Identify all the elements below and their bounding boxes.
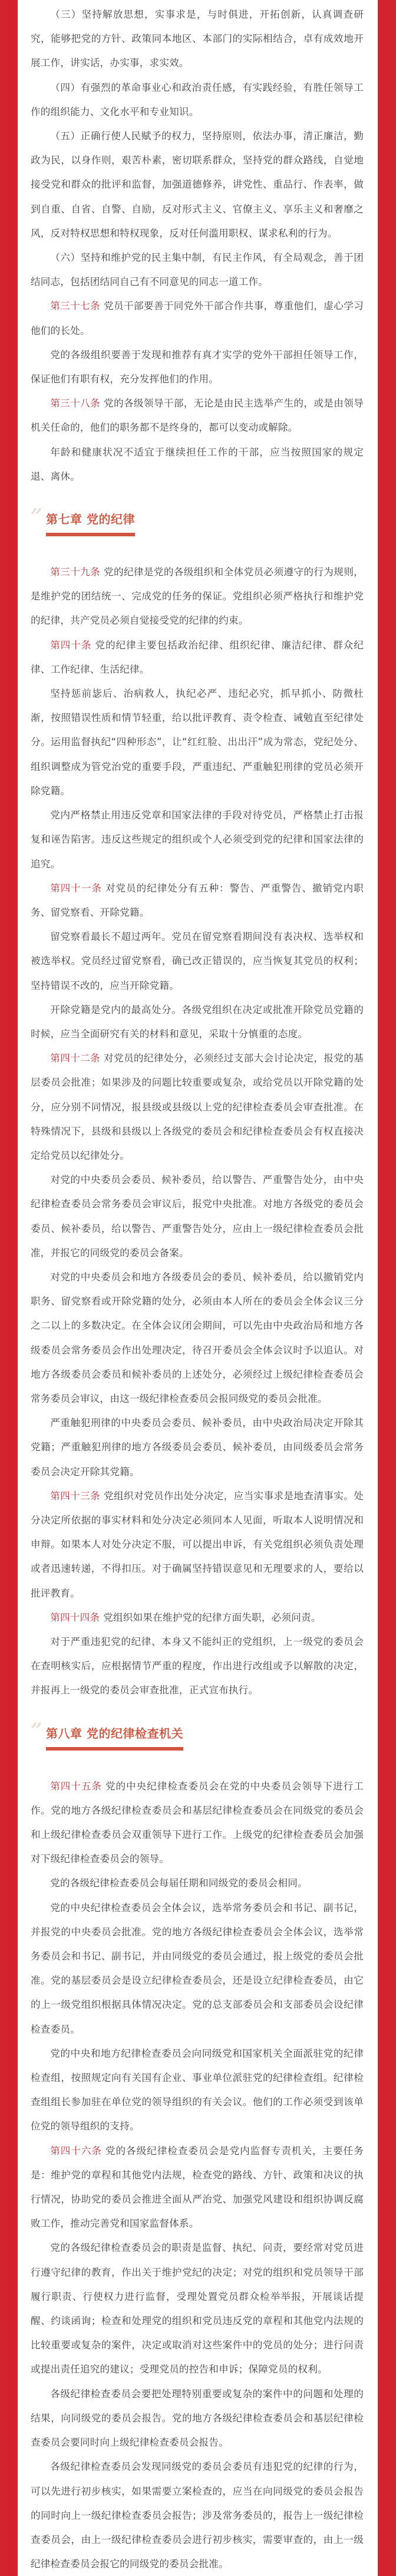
- right-red-border: [378, 0, 396, 2576]
- article-label: 第四十一条: [50, 883, 102, 894]
- article-46: 第四十六条党的各级纪律检查委员会是党内监督专责机关，主要任务是：维护党的章程和其…: [31, 2139, 364, 2236]
- paragraph: 党的各级组织要善于发现和推荐有真才实学的党外干部担任领导工作，保证他们有职有权，…: [31, 343, 364, 391]
- article-label: 第四十二条: [50, 1053, 100, 1064]
- paragraph: 对党的中央委员会和地方各级委员会的委员、候补委员，给以撤销党内职务、留党察看或开…: [31, 1265, 364, 1411]
- paragraph: （三）坚持解放思想，实事求是，与时俱进，开拓创新，认真调查研究，能够把党的方针、…: [31, 2, 364, 76]
- paragraph: 年龄和健康状况不适宜于继续担任工作的干部，应当按照国家的规定退、离休。: [31, 440, 364, 489]
- chapter8: ” 第八章 党的纪律检查机关 第四十五条党的中央纪律检查委员会在党的中央委员会领…: [31, 1703, 364, 2576]
- paragraph: （五）正确行使人民赋予的权力，坚持原则，依法办事，清正廉洁，勤政为民，以身作则，…: [31, 124, 364, 245]
- paragraph: 坚持惩前毖后、治病救人，执纪必严、违纪必究，抓早抓小、防微杜渐，按照错误性质和情…: [31, 681, 364, 803]
- article-label: 第四十四条: [50, 1612, 100, 1623]
- article-text: 党的中央纪律检查委员会在党的中央委员会领导下进行工作。党的地方各级纪律检查委员会…: [31, 1781, 364, 1865]
- article-text: 对党员的纪律处分，必须经过支部大会讨论决定，报党的基层委员会批准；如果涉及的问题…: [31, 1053, 364, 1161]
- article-label: 第三十九条: [50, 566, 100, 578]
- article-45: 第四十五条党的中央纪律检查委员会在党的中央委员会领导下进行工作。党的地方各级纪律…: [31, 1774, 364, 1872]
- paragraph: 留党察看最长不超过两年。党员在留党察看期间没有表决权、选举权和被选举权。党员经过…: [31, 925, 364, 998]
- article-text: 党组织对党员作出处分决定，应当实事求是地查清事实。处分决定所依据的事实材料和处分…: [31, 1490, 364, 1599]
- left-red-border: [0, 0, 18, 2576]
- chapter-title: 第七章 党的纪律: [46, 510, 135, 536]
- article-42: 第四十二条对党员的纪律处分，必须经过支部大会讨论决定，报党的基层委员会批准；如果…: [31, 1046, 364, 1168]
- quote-mark-icon: ”: [31, 1720, 42, 1741]
- article-page: （三）坚持解放思想，实事求是，与时俱进，开拓创新，认真调查研究，能够把党的方针、…: [0, 0, 396, 2576]
- content-card: （三）坚持解放思想，实事求是，与时俱进，开拓创新，认真调查研究，能够把党的方针、…: [18, 0, 378, 2576]
- article-39: 第三十九条党的纪律是党的各级组织和全体党员必须遵守的行为规则，是维护党的团结统一…: [31, 560, 364, 633]
- paragraph: 各级纪律检查委员会要把处理特别重要或复杂的案件中的问题和处理的结果，向同级党的委…: [31, 2382, 364, 2455]
- paragraph: 党的中央和地方纪律检查委员会向同级党和国家机关全面派驻党的纪律检查组，按照规定向…: [31, 2041, 364, 2139]
- article-38: 第三十八条党的各级领导干部，无论是由民主选举产生的，或是由领导机关任命的，他们的…: [31, 391, 364, 440]
- paragraph: 党的各级纪律检查委员会每届任期和同级党的委员会相同。: [31, 1871, 364, 1895]
- article-43: 第四十三条党组织对党员作出处分决定，应当实事求是地查清事实。处分决定所依据的事实…: [31, 1484, 364, 1605]
- article-label: 第四十条: [50, 640, 91, 651]
- chapter7: ” 第七章 党的纪律 第三十九条党的纪律是党的各级组织和全体党员必须遵守的行为规…: [31, 489, 364, 1703]
- article-label: 第四十五条: [50, 1781, 102, 1792]
- paragraph: 对党的中央委员会委员、候补委员，给以警告、严重警告处分，由中央纪律检查委员会常务…: [31, 1168, 364, 1265]
- article-label: 第三十七条: [50, 300, 100, 312]
- paragraph: （四）有强烈的革命事业心和政治责任感，有实践经验，有胜任领导工作的组织能力、文化…: [31, 76, 364, 124]
- paragraph: 各级纪律检查委员会发现同级党的委员会委员有违犯党的纪律的行为，可以先进行初步核实…: [31, 2454, 364, 2576]
- paragraph: （六）坚持和维护党的民主集中制，有民主作风，有全局观念，善于团结同志，包括团结同…: [31, 245, 364, 294]
- paragraph: 严重触犯刑律的中央委员会委员、候补委员，由中央政治局决定开除其党籍；严重触犯刑律…: [31, 1411, 364, 1484]
- article-label: 第四十三条: [50, 1490, 100, 1502]
- article-41: 第四十一条对党员的纪律处分有五种：警告、严重警告、撤销党内职务、留党察看、开除党…: [31, 876, 364, 925]
- article-text: 党的各级纪律检查委员会是党内监督专责机关，主要任务是：维护党的章程和其他党内法规…: [31, 2145, 364, 2230]
- chapter6-continued: （三）坚持解放思想，实事求是，与时俱进，开拓创新，认真调查研究，能够把党的方针、…: [31, 2, 364, 489]
- article-label: 第三十八条: [50, 398, 100, 409]
- article-40: 第四十条党的纪律主要包括政治纪律、组织纪律、廉洁纪律、群众纪律、工作纪律、生活纪…: [31, 633, 364, 681]
- article-44: 第四十四条党组织如果在维护党的纪律方面失职，必须问责。: [31, 1605, 364, 1630]
- paragraph: 开除党籍是党内的最高处分。各级党组织在决定或批准开除党员党籍的时候，应当全面研究…: [31, 998, 364, 1046]
- paragraph: 党的各级纪律检查委员会的职责是监督、执纪、问责，要经常对党员进行遵守纪律的教育，…: [31, 2236, 364, 2381]
- paragraph: 党内严格禁止用违反党章和国家法律的手段对待党员，严格禁止打击报复和诬告陷害。违反…: [31, 803, 364, 876]
- article-label: 第四十六条: [50, 2145, 102, 2157]
- paragraph: 党的中央纪律检查委员会全体会议，选举常务委员会和书记、副书记，并报党的中央委员会…: [31, 1896, 364, 2041]
- article-text: 党组织如果在维护党的纪律方面失职，必须问责。: [103, 1612, 321, 1623]
- chapter-heading: ” 第八章 党的纪律检查机关: [31, 1703, 364, 1751]
- chapter-heading: ” 第七章 党的纪律: [31, 489, 364, 536]
- chapter-title: 第八章 党的纪律检查机关: [46, 1724, 183, 1751]
- paragraph: 对于严重违犯党的纪律、本身又不能纠正的党组织，上一级党的委员会在查明核实后，应根…: [31, 1630, 364, 1703]
- quote-mark-icon: ”: [31, 506, 42, 526]
- article-37: 第三十七条党员干部要善于同党外干部合作共事，尊重他们，虚心学习他们的长处。: [31, 294, 364, 342]
